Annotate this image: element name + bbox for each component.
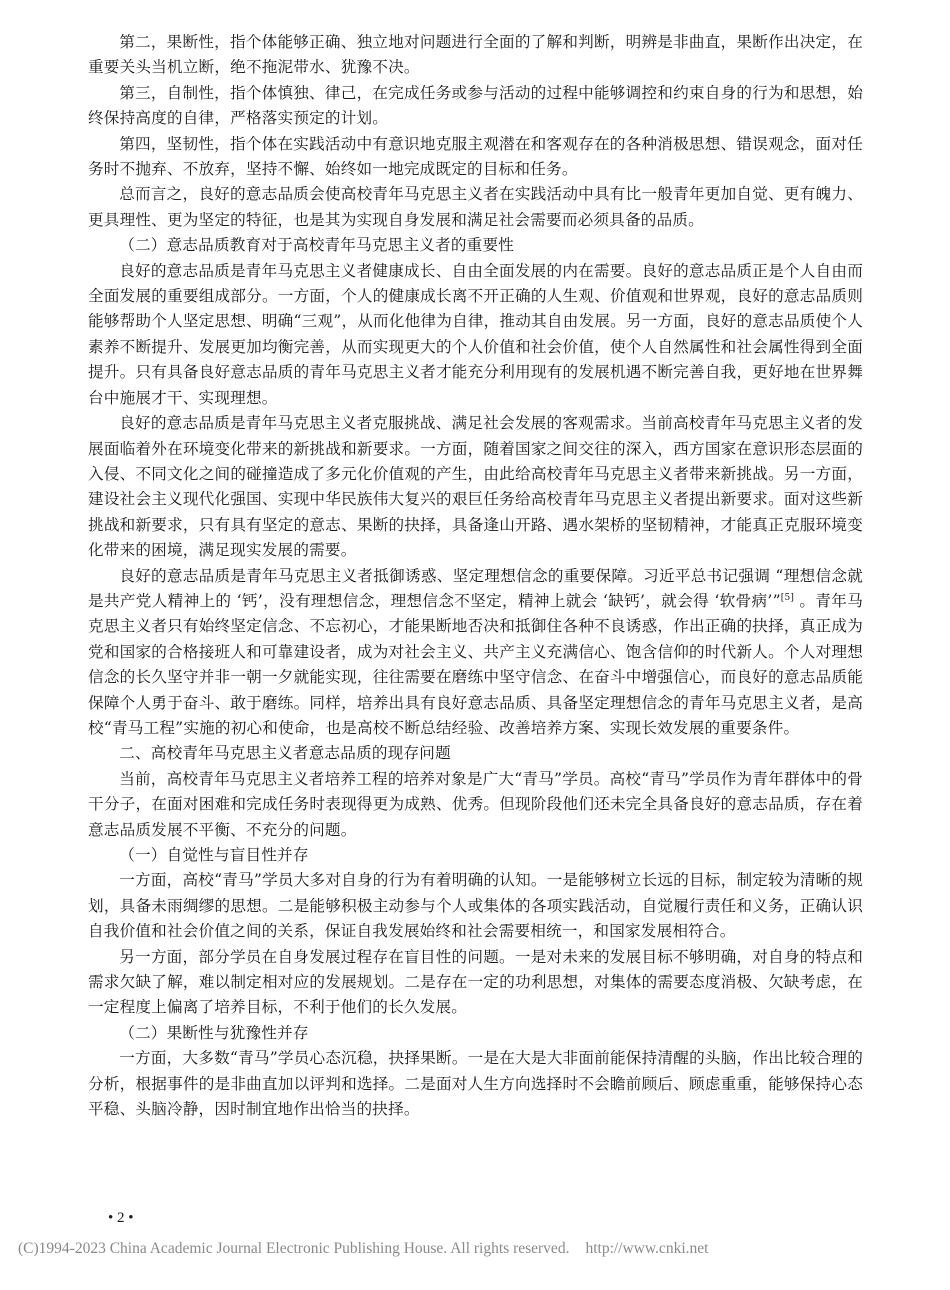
paragraph-text-before-citation: 良好的意志品质是青年马克思主义者抵御诱惑、坚定理想信念的重要保障。习近平总书记强… — [88, 567, 863, 610]
paragraph-tenacity: 第四，坚韧性，指个体在实践活动中有意识地克服主观潜在和客观存在的各种消极思想、错… — [88, 132, 863, 183]
paragraph-consciousness: 一方面，高校“青马”学员大多对自身的行为有着明确的认知。一是能够树立长远的目标，… — [88, 868, 863, 944]
paragraph-decisiveness: 第二，果断性，指个体能够正确、独立地对问题进行全面的了解和判断，明辨是非曲直，果… — [88, 30, 863, 81]
document-page: 第二，果断性，指个体能够正确、独立地对问题进行全面的了解和判断，明辨是非曲直，果… — [88, 30, 863, 1122]
paragraph-guarantee: 良好的意志品质是青年马克思主义者抵御诱惑、坚定理想信念的重要保障。习近平总书记强… — [88, 564, 863, 742]
copyright-footer: (C)1994-2023 China Academic Journal Elec… — [18, 1240, 708, 1258]
paragraph-blindness: 另一方面，部分学员在自身发展过程存在盲目性的问题。一是对未来的发展目标不够明确，… — [88, 945, 863, 1021]
citation-reference[interactable]: [5] — [781, 593, 794, 603]
paragraph-text-after-citation: 。青年马克思主义者只有始终坚定信念、不忘初心，才能果断地否决和抵御住各种不良诱惑… — [88, 592, 863, 737]
section-heading-problems: 二、高校青年马克思主义者意志品质的现存问题 — [88, 741, 863, 766]
subsection-heading-consciousness: （一）自觉性与盲目性并存 — [88, 843, 863, 868]
paragraph-objective-need: 良好的意志品质是青年马克思主义者克服挑战、满足社会发展的客观需求。当前高校青年马… — [88, 411, 863, 563]
page-number: • 2 • — [108, 1210, 134, 1227]
paragraph-inner-need: 良好的意志品质是青年马克思主义者健康成长、自由全面发展的内在需要。良好的意志品质… — [88, 259, 863, 411]
paragraph-decisive-students: 一方面，大多数“青马”学员心态沉稳，抉择果断。一是在大是大非面前能保持清醒的头脑… — [88, 1046, 863, 1122]
paragraph-self-control: 第三，自制性，指个体慎独、律己，在完成任务或参与活动的过程中能够调控和约束自身的… — [88, 81, 863, 132]
paragraph-current-situation: 当前，高校青年马克思主义者培养工程的培养对象是广大“青马”学员。高校“青马”学员… — [88, 767, 863, 843]
paragraph-summary: 总而言之，良好的意志品质会使高校青年马克思主义者在实践活动中具有比一般青年更加自… — [88, 182, 863, 233]
section-heading-importance: （二）意志品质教育对于高校青年马克思主义者的重要性 — [88, 233, 863, 258]
cnki-link[interactable]: http://www.cnki.net — [585, 1240, 708, 1257]
subsection-heading-decisiveness-hesitation: （二）果断性与犹豫性并存 — [88, 1021, 863, 1046]
copyright-text: (C)1994-2023 China Academic Journal Elec… — [18, 1240, 569, 1257]
